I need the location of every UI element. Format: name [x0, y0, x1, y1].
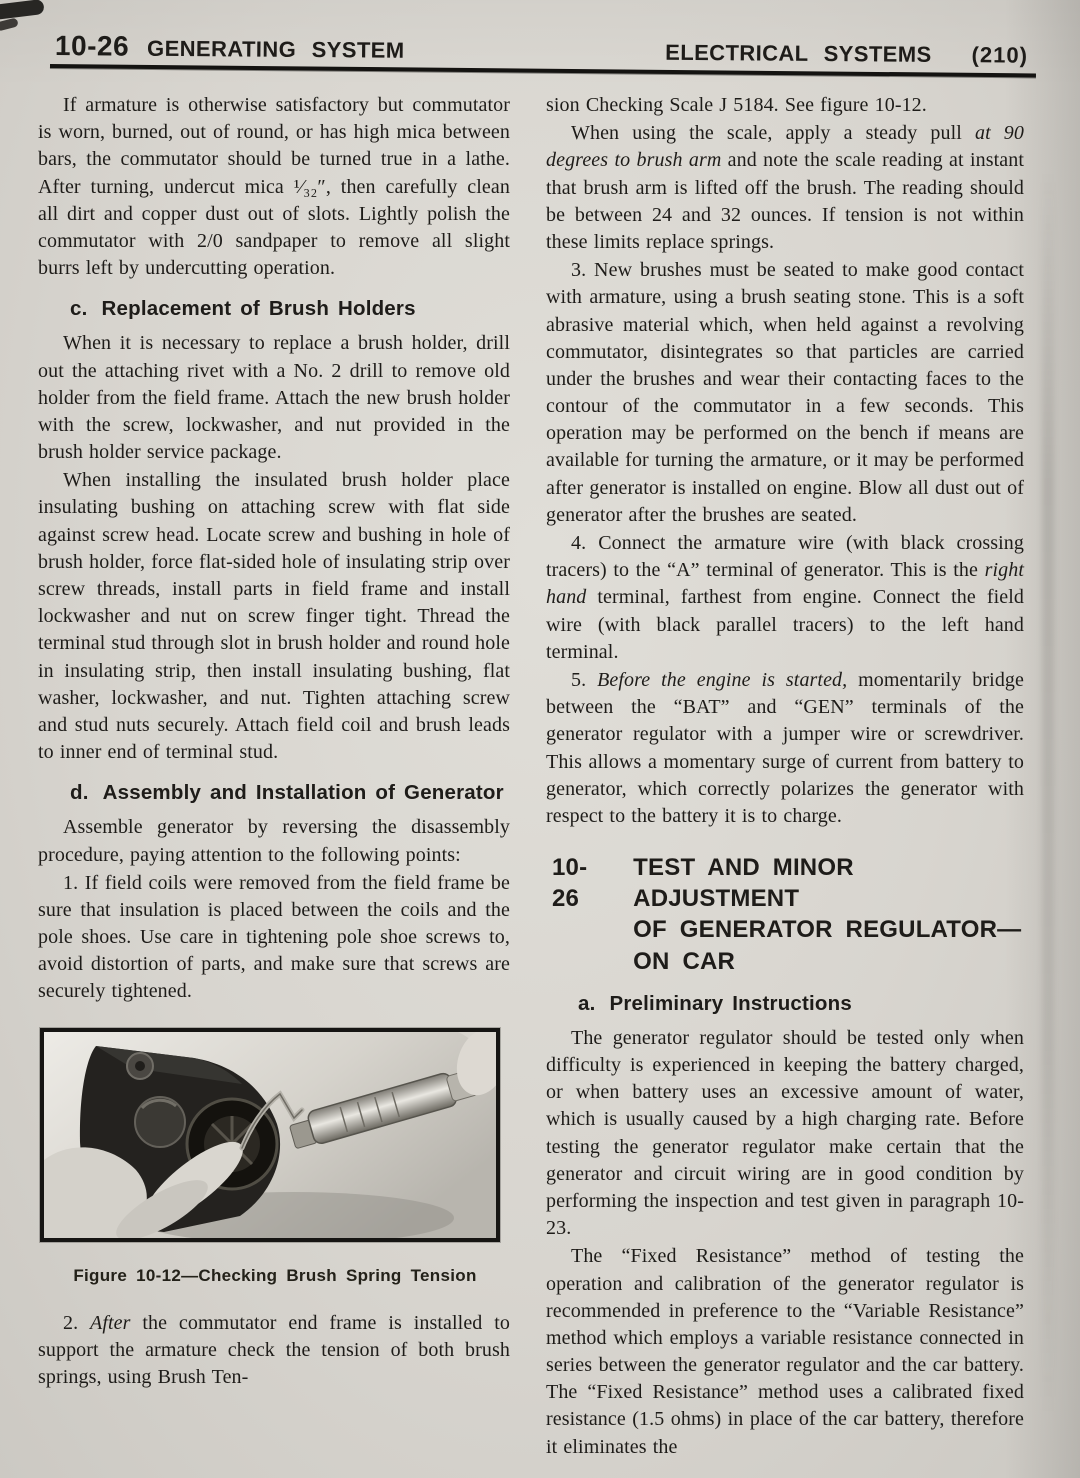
- figure-frame: [40, 1028, 500, 1242]
- heading-line-2: OF GENERATOR REGULATOR—: [633, 914, 1024, 945]
- paragraph-armature: If armature is otherwise satisfactory bu…: [38, 92, 510, 282]
- paragraph-regulator: The generator regulator should be tested…: [546, 1025, 1024, 1243]
- heading-test-adjustment: 10-26 TEST AND MINOR ADJUSTMENT OF GENER…: [552, 852, 1024, 977]
- figure-photo: [44, 1032, 496, 1238]
- scale-pre: When using the scale, apply a steady pul…: [571, 122, 975, 144]
- paragraph-assemble: Assemble generator by reversing the disa…: [38, 814, 510, 868]
- heading-label: d.: [70, 781, 89, 805]
- heading-section-lines: TEST AND MINOR ADJUSTMENT OF GENERATOR R…: [633, 852, 1024, 977]
- heading-label: a.: [578, 992, 596, 1016]
- left-column: If armature is otherwise satisfactory bu…: [38, 92, 510, 1392]
- heading-label: c.: [70, 297, 88, 321]
- chapter-title: ELECTRICAL SYSTEMS: [665, 40, 932, 68]
- manual-page: 10-26 GENERATING SYSTEM ELECTRICAL SYSTE…: [0, 0, 1080, 1478]
- item-4-pre: 4. Connect the armature wire (with black…: [546, 532, 1024, 581]
- heading-title: Preliminary Instructions: [610, 992, 852, 1016]
- list-item-4: 4. Connect the armature wire (with black…: [546, 530, 1024, 666]
- paragraph-scale: When using the scale, apply a steady pul…: [546, 120, 1024, 256]
- heading-assembly-installation: d. Assembly and Installation of Generato…: [70, 781, 510, 805]
- heading-section-number: 10-26: [552, 852, 613, 977]
- heading-line-3: ON CAR: [633, 946, 1024, 977]
- scan-artifact: [0, 17, 19, 31]
- item-2-pre: 2.: [63, 1312, 90, 1334]
- list-item-1: 1. If field coils were removed from the …: [38, 870, 510, 1006]
- paragraph-replace-holder: When it is necessary to replace a brush …: [38, 330, 510, 466]
- list-item-3: 3. New brushes must be seated to make go…: [546, 257, 1024, 529]
- list-item-2: 2. After the commutator end frame is ins…: [38, 1310, 510, 1392]
- list-item-5: 5. Before the engine is started, momenta…: [546, 667, 1024, 830]
- figure-10-12: Figure 10-12—Checking Brush Spring Tensi…: [40, 1028, 510, 1286]
- paragraph-install-holder: When installing the insulated brush hold…: [38, 467, 510, 766]
- heading-replacement-brush-holders: c. Replacement of Brush Holders: [70, 297, 510, 321]
- paragraph-continuation: sion Checking Scale J 5184. See figure 1…: [546, 92, 1024, 119]
- figure-caption: Figure 10-12—Checking Brush Spring Tensi…: [40, 1266, 510, 1286]
- heading-line-1: TEST AND MINOR ADJUSTMENT: [633, 852, 1024, 914]
- section-number: 10-26: [55, 30, 129, 63]
- item-5-pre: 5.: [571, 669, 597, 691]
- item-5-post: momentarily bridge between the “BAT” and…: [546, 669, 1024, 827]
- header-left: 10-26 GENERATING SYSTEM: [55, 30, 405, 65]
- right-column: sion Checking Scale J 5184. See figure 1…: [546, 92, 1024, 1462]
- scan-artifact: [0, 0, 45, 20]
- paragraph-fixed-resistance: The “Fixed Resistance” method of testing…: [546, 1243, 1024, 1461]
- header-right: ELECTRICAL SYSTEMS (210): [665, 40, 1028, 69]
- item-4-post: terminal, farthest from engine. Connect …: [546, 586, 1024, 662]
- item-5-italic: Before the engine is started,: [597, 669, 847, 691]
- heading-title: Assembly and Installation of Generator: [103, 781, 504, 805]
- section-title: GENERATING SYSTEM: [147, 36, 405, 64]
- item-2-italic: After: [90, 1312, 131, 1334]
- scan-artifact: [1042, 170, 1054, 1418]
- heading-preliminary-instructions: a. Preliminary Instructions: [578, 992, 1024, 1016]
- page-number: (210): [971, 42, 1028, 68]
- heading-title: Replacement of Brush Holders: [102, 297, 416, 321]
- page-header: 10-26 GENERATING SYSTEM ELECTRICAL SYSTE…: [55, 30, 1028, 70]
